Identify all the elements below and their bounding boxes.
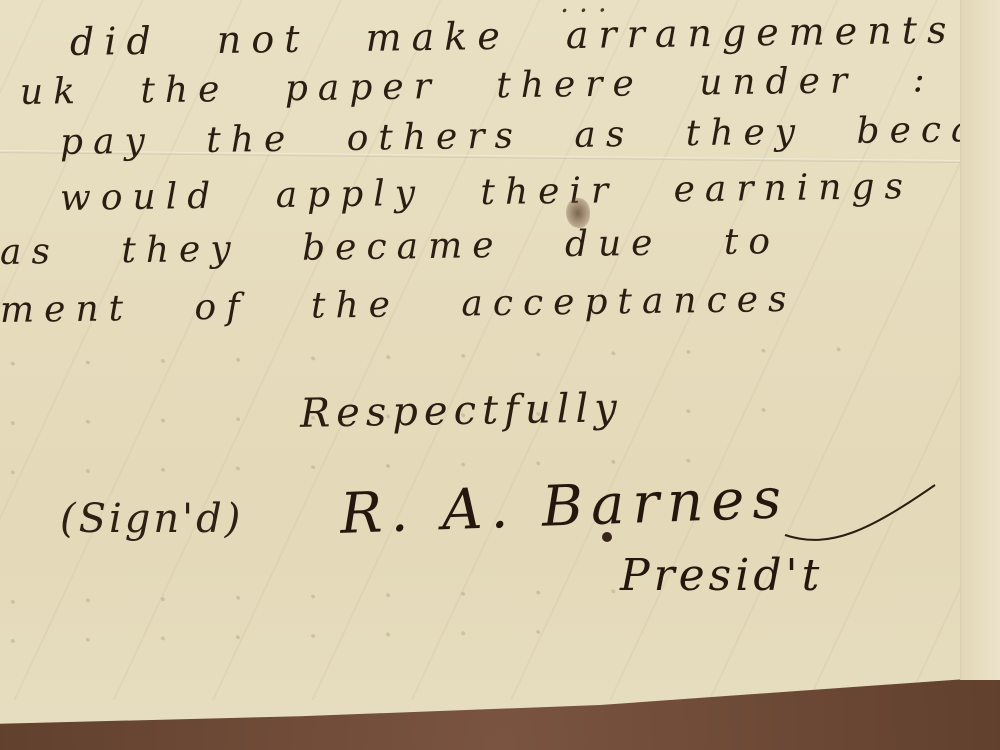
signed-label: (Sign'd) (60, 496, 243, 542)
ink-dot (602, 532, 612, 542)
body-line: would apply their earnings (60, 166, 914, 219)
bleed-through-text: · · · · · · · · · (0, 575, 618, 621)
bleed-through-text: · · · · · · · · · · · · (0, 333, 844, 383)
letter-page: · · · · · · · · · · · · · · · · · · · · … (0, 0, 1000, 750)
signer-title: Presid't (620, 550, 823, 601)
body-line: uk the paper there under : (20, 59, 935, 113)
paper-right-edge (960, 0, 1000, 680)
closing-salutation: Respectfully (300, 385, 624, 437)
body-line: pay the others as they became (60, 108, 1000, 163)
bleed-through-text: · · · · · · · · (0, 615, 543, 659)
signature-flourish (780, 480, 940, 550)
body-line: did not make arrangements (70, 8, 957, 64)
ink-blot (566, 198, 590, 228)
body-line: ment of the acceptances (0, 279, 797, 331)
body-line: as they became due to (0, 221, 780, 273)
